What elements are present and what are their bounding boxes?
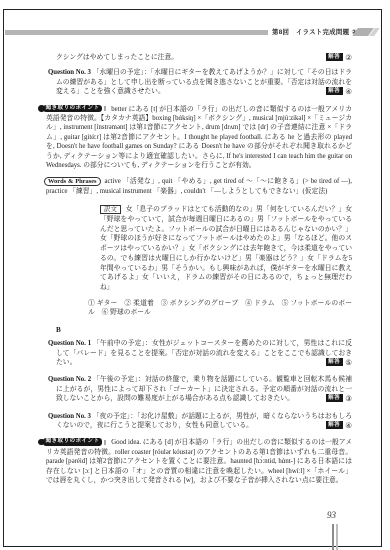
question-text: 「夜の予定」：「お化け屋敷」が話題に上るが，男性が，暗くならないうちはおもしろく…: [56, 413, 352, 429]
listening-point-badge: 聞き取りのポイント: [38, 105, 106, 113]
translation-text: 女「息子のブラッドはとても活動的なの」男「何をしているんだい？」女「野球をやって…: [100, 206, 352, 291]
page-number: 93: [327, 510, 336, 520]
answer-badge-label: 解答: [326, 358, 343, 366]
answer-options-list: ① ギター ② 柔道着 ③ ボクシングのグローブ ④ ドラム ⑤ フットボールの…: [88, 299, 352, 318]
question-label: Question No. 3: [48, 413, 91, 420]
carryover-note-text: クシングはやめてしまったことに注意。: [56, 54, 178, 61]
question-label: Question No. 3: [48, 69, 91, 76]
question-label: Question No. 1: [48, 340, 91, 347]
question-text: 「午前中の予定」：女性がジェットコースターを薦めたのに対して，男性はこれに反して…: [56, 340, 352, 366]
question-paragraph-a3: Question No. 3 「水曜日の予定」：「水曜日にギターを教えてあげよう…: [48, 68, 352, 96]
question-label: Question No. 2: [48, 376, 91, 383]
listening-point-label: 聞き取りのポイント: [43, 438, 103, 446]
answer-badge-label: 解答: [326, 87, 343, 95]
listening-point-text: better にある [t] が日本語の「ラ行」の出だしの音に類似するのは一般ア…: [46, 106, 352, 169]
listening-point-label: 聞き取りのポイント: [43, 105, 103, 113]
listening-point-paragraph-1: 聞き取りのポイント better にある [t] が日本語の「ラ行」の出だしの音…: [38, 105, 352, 171]
bullet-icon: [38, 105, 45, 112]
answer-number: ④: [345, 88, 352, 95]
question-paragraph-b2: Question No. 2 「午後の予定」：対話の終盤で，乗り物を話題にしてい…: [48, 375, 352, 403]
carryover-note-paragraph: クシングはやめてしまったことに注意。 解答②: [56, 53, 352, 62]
badge-tail-icon: [104, 106, 107, 111]
section-b-heading: B: [56, 326, 352, 335]
translation-label: 訳文: [100, 205, 121, 214]
answer-number: ③: [345, 395, 352, 402]
answer-number: ②: [345, 54, 352, 61]
answer-number: ⑤: [345, 359, 352, 366]
question-text: 「午後の予定」：対話の終盤で，乗り物を話題にしている。観覧車と回転木馬も候補に上…: [56, 376, 352, 402]
answer-number: ④: [345, 422, 352, 429]
answer-badge: 解答②: [326, 53, 352, 61]
answer-badge-label: 解答: [326, 53, 343, 61]
answer-badge: 解答③: [326, 394, 352, 402]
textbook-page: { "header": { "title": "第8回 イラスト完成問題 ②" …: [0, 0, 390, 550]
listening-point-text: Good idea. にある [d] が日本語の「ラ行」の出だしの音に類似するの…: [46, 439, 352, 484]
bullet-icon: [38, 439, 45, 446]
answer-badge-label: 解答: [326, 421, 343, 429]
answer-badge: 解答④: [326, 87, 352, 95]
answer-badge-label: 解答: [326, 394, 343, 402]
words-phrases-paragraph: Words & Phrases active 「活発な」, quit 「やめる」…: [44, 177, 352, 196]
page-content: クシングはやめてしまったことに注意。 解答② Question No. 3 「水…: [48, 53, 352, 492]
question-text: 「水曜日の予定」：「水曜日にギターを教えてあげようか？」に対して「その日はドラム…: [56, 69, 352, 95]
page-header-title: 第8回 イラスト完成問題 ②: [272, 27, 357, 36]
listening-point-paragraph-2: 聞き取りのポイント Good idea. にある [d] が日本語の「ラ行」の出…: [38, 438, 352, 485]
answer-badge: 解答④: [326, 421, 352, 429]
footer-bar-decoration-light: [336, 524, 338, 550]
header-rule-bar: [5, 30, 268, 35]
question-paragraph-b1: Question No. 1 「午前中の予定」：女性がジェットコースターを薦めた…: [48, 339, 352, 367]
footer-bar-decoration-dark: [332, 524, 334, 550]
question-paragraph-b3: Question No. 3 「夜の予定」：「お化け屋敷」が話題に上るが，男性が…: [48, 412, 352, 431]
translation-block: 訳文 女「息子のブラッドはとても活動的なの」男「何をしているんだい？」女「野球を…: [100, 205, 352, 292]
listening-point-badge: 聞き取りのポイント: [38, 438, 106, 446]
answer-badge: 解答⑤: [326, 358, 352, 366]
badge-tail-icon: [104, 440, 107, 445]
words-phrases-label: Words & Phrases: [44, 177, 101, 186]
